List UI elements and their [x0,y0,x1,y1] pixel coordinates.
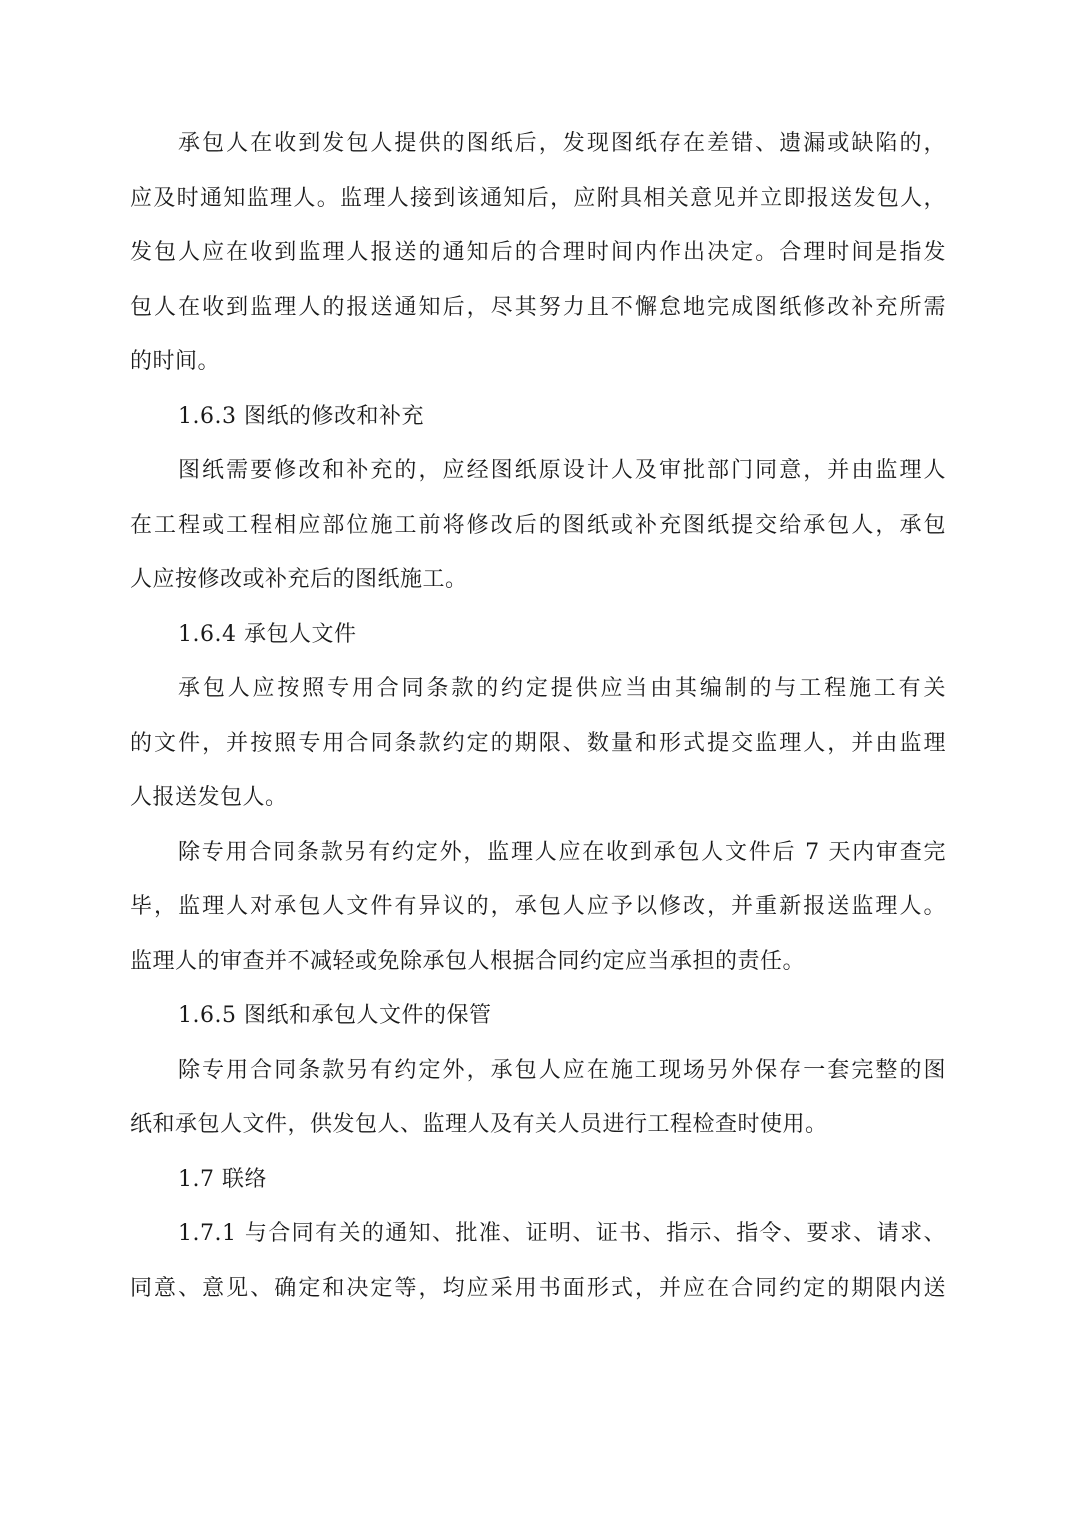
paragraph-line: 同意、意见、确定和决定等，均应采用书面形式，并应在合同约定的期限内送 [130,1269,946,1324]
section-heading-1-6-5: 1.6.5 图纸和承包人文件的保管 [130,996,946,1051]
paragraph-line: 发包人应在收到监理人报送的通知后的合理时间内作出决定。合理时间是指发 [130,233,946,288]
paragraph-line: 包人在收到监理人的报送通知后，尽其努力且不懈怠地完成图纸修改补充所需 [130,288,946,343]
paragraph-line: 在工程或工程相应部位施工前将修改后的图纸或补充图纸提交给承包人，承包 [130,506,946,561]
section-heading-1-6-4: 1.6.4 承包人文件 [130,615,946,670]
paragraph-line: 的文件，并按照专用合同条款约定的期限、数量和形式提交监理人，并由监理 [130,724,946,779]
section-heading-1-7: 1.7 联络 [130,1160,946,1215]
paragraph-line: 除专用合同条款另有约定外，监理人应在收到承包人文件后 7 天内审查完 [130,833,946,888]
paragraph-line: 承包人在收到发包人提供的图纸后，发现图纸存在差错、遗漏或缺陷的， [130,124,946,179]
paragraph-line: 的时间。 [130,342,946,397]
paragraph-line: 人应按修改或补充后的图纸施工。 [130,560,946,615]
paragraph-line: 人报送发包人。 [130,778,946,833]
paragraph-line: 图纸需要修改和补充的，应经图纸原设计人及审批部门同意，并由监理人 [130,451,946,506]
paragraph-line: 毕，监理人对承包人文件有异议的，承包人应予以修改，并重新报送监理人。 [130,887,946,942]
section-heading-1-6-3: 1.6.3 图纸的修改和补充 [130,397,946,452]
document-page: 承包人在收到发包人提供的图纸后，发现图纸存在差错、遗漏或缺陷的， 应及时通知监理… [130,124,946,1323]
paragraph-line: 除专用合同条款另有约定外，承包人应在施工现场另外保存一套完整的图 [130,1051,946,1106]
paragraph-line: 监理人的审查并不减轻或免除承包人根据合同约定应当承担的责任。 [130,942,946,997]
paragraph-line: 应及时通知监理人。监理人接到该通知后，应附具相关意见并立即报送发包人， [130,179,946,234]
paragraph-line: 承包人应按照专用合同条款的约定提供应当由其编制的与工程施工有关 [130,669,946,724]
paragraph-line: 纸和承包人文件，供发包人、监理人及有关人员进行工程检查时使用。 [130,1105,946,1160]
paragraph-line: 1.7.1 与合同有关的通知、批准、证明、证书、指示、指令、要求、请求、 [130,1214,946,1269]
